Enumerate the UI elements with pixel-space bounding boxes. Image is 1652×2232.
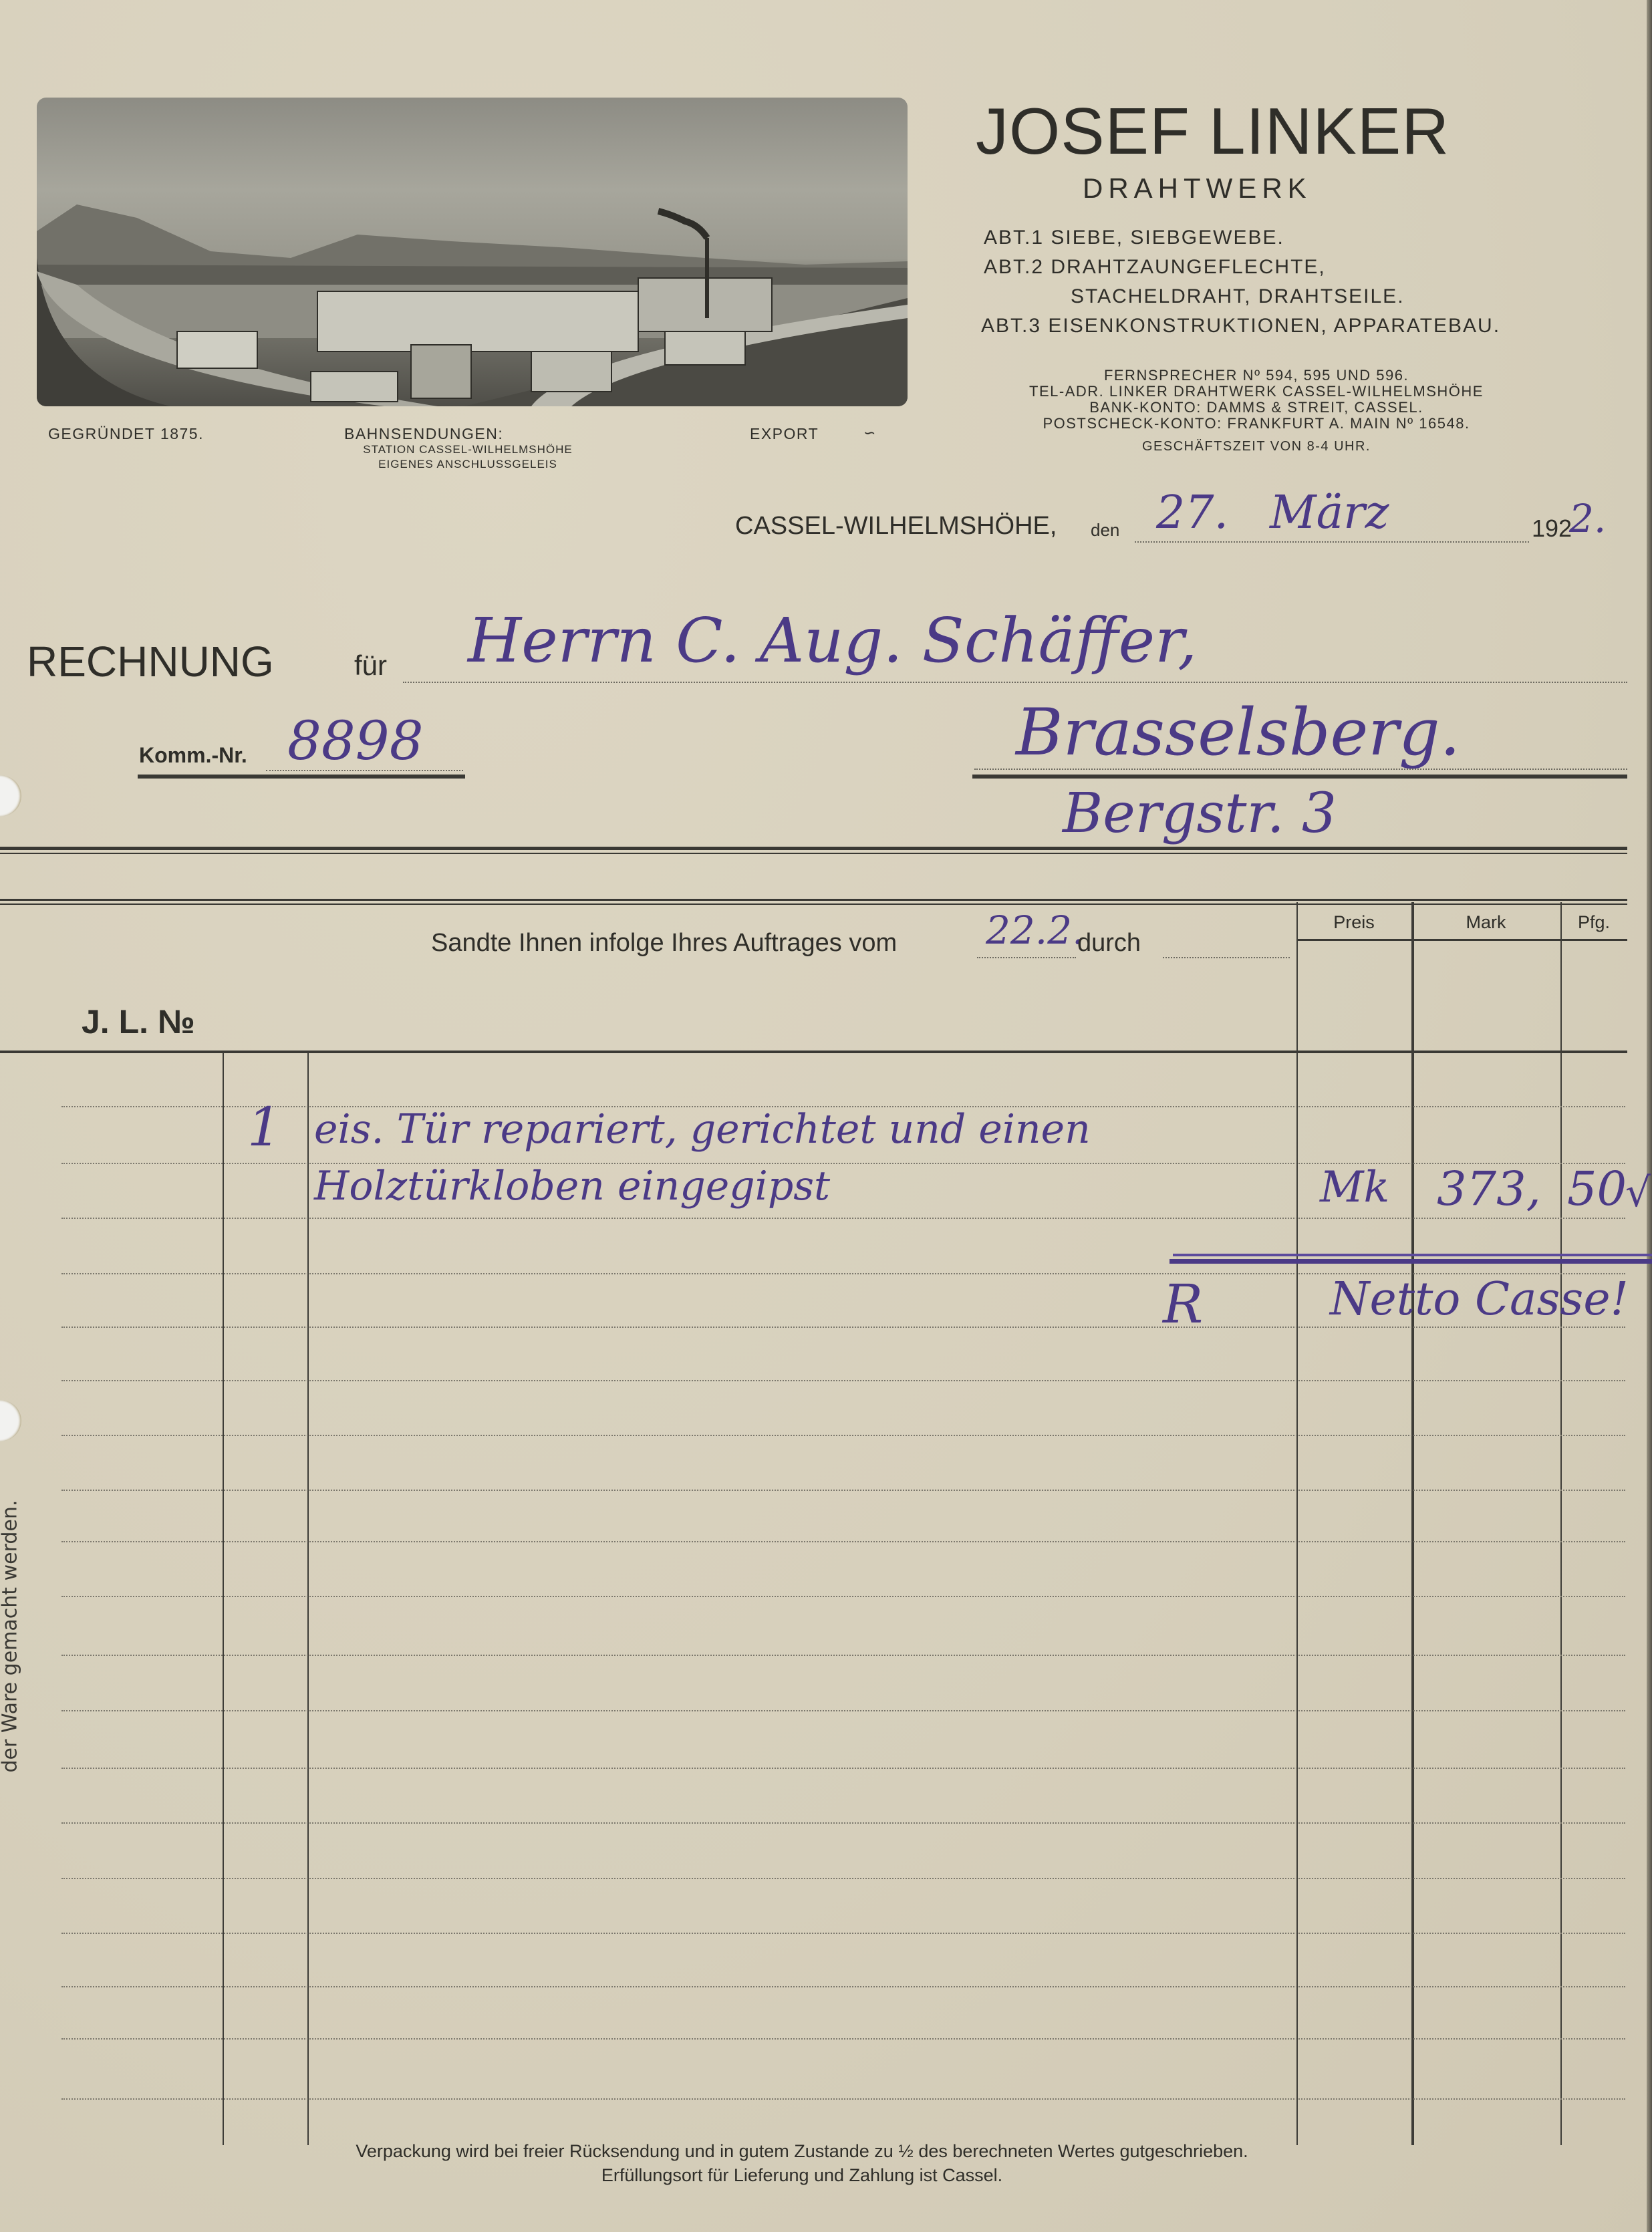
row-line xyxy=(61,1327,1625,1328)
recipient-street: Bergstr. 3 xyxy=(1063,782,1337,845)
item-pfg-amount: 50 xyxy=(1567,1161,1627,1216)
order-date-dotted-line xyxy=(977,957,1076,958)
invoice-for-label: für xyxy=(354,650,387,682)
punch-hole-bottom xyxy=(0,1400,21,1441)
row-line xyxy=(61,2038,1625,2040)
date-den-label: den xyxy=(1091,520,1119,541)
invoice-title: RECHNUNG xyxy=(27,637,274,686)
date-dotted-line xyxy=(1135,541,1529,543)
column-line-qty xyxy=(223,1052,224,2145)
shipping-method-dotted-line xyxy=(1163,957,1290,958)
price-header-underline xyxy=(1296,939,1627,941)
item-description-line-2: Holztürkloben eingegipst xyxy=(314,1163,830,1210)
column-line-description xyxy=(307,1052,309,2145)
order-date: 22.2. xyxy=(986,908,1085,953)
header-separator-thin xyxy=(0,853,1627,854)
row-line xyxy=(61,1878,1625,1879)
row-line xyxy=(61,1541,1625,1542)
date-day: 27. xyxy=(1156,486,1228,539)
comm-number-underline xyxy=(138,775,465,779)
column-line-mark xyxy=(1411,902,1414,2145)
row-line xyxy=(61,1218,1625,1219)
table-body-top-line xyxy=(0,1051,1627,1053)
row-line xyxy=(61,1380,1625,1381)
department-2: ABT.2 DRAHTZAUNGEFLECHTE, xyxy=(984,253,1326,282)
row-line xyxy=(61,1435,1625,1436)
row-line xyxy=(61,1986,1625,1987)
column-header-mark: Mark xyxy=(1411,912,1560,933)
table-top-line-2 xyxy=(0,903,1627,905)
row-line xyxy=(61,1768,1625,1769)
date-year-prefix: 192 xyxy=(1532,515,1572,543)
table-top-line-1 xyxy=(0,899,1627,901)
recipient-dotted-line-2 xyxy=(974,769,1627,770)
column-line-pfg xyxy=(1560,902,1562,2145)
item-mark-amount: 373, xyxy=(1437,1161,1541,1216)
row-line xyxy=(61,1490,1625,1491)
jl-number-label: J. L. № xyxy=(82,1002,195,1041)
item-currency: Mk xyxy=(1320,1163,1389,1212)
total-underline-thick xyxy=(1169,1259,1652,1264)
export-note: EXPORT xyxy=(750,425,819,443)
phone-numbers: FERNSPRECHER Nº 594, 595 UND 596. xyxy=(962,368,1550,384)
payment-terms: Netto Casse! xyxy=(1330,1273,1629,1326)
founded-note: GEGRÜNDET 1875. xyxy=(48,425,204,443)
sent-text-durch: durch xyxy=(1077,929,1141,958)
row-line xyxy=(61,1655,1625,1656)
date-year-suffix: 2. xyxy=(1569,496,1606,541)
recipient-name: Herrn C. Aug. Schäffer, xyxy=(468,605,1197,676)
paper-edge-shadow xyxy=(1647,0,1652,2232)
row-line xyxy=(61,1163,1625,1164)
column-line-preis xyxy=(1296,902,1298,2145)
sent-text: Sandte Ihnen infolge Ihres Auftrages vom xyxy=(431,929,897,958)
checkmark-icon: √ xyxy=(1625,1169,1651,1216)
factory-illustration xyxy=(37,98,908,406)
shipping-siding: EIGENES ANSCHLUSSGELEIS xyxy=(301,457,635,471)
business-hours: GESCHÄFTSZEIT VON 8-4 UHR. xyxy=(962,438,1550,454)
bank-account: BANK-KONTO: DAMMS & STREIT, CASSEL. xyxy=(962,400,1550,416)
header-separator-thick xyxy=(0,847,1627,850)
company-name: JOSEF LINKER xyxy=(976,94,1450,169)
company-type: DRAHTWERK xyxy=(1083,172,1312,204)
row-line xyxy=(61,2098,1625,2100)
recipient-city: Brasselsberg. xyxy=(1016,695,1460,770)
recipient-underline xyxy=(972,775,1627,779)
row-line xyxy=(61,1822,1625,1824)
side-note: der Ware gemacht werden. xyxy=(0,1479,22,1773)
footer-packaging-note: Verpackung wird bei freier Rücksendung u… xyxy=(0,2141,1604,2162)
item-quantity: 1 xyxy=(247,1096,281,1158)
department-1: ABT.1 SIEBE, SIEBGEWEBE. xyxy=(984,223,1284,253)
shipping-station: STATION CASSEL-WILHELMSHÖHE xyxy=(301,442,635,456)
postal-check-account: POSTSCHECK-KONTO: FRANKFURT A. MAIN Nº 1… xyxy=(962,416,1550,432)
shipping-title: BAHNSENDUNGEN: xyxy=(344,425,503,443)
place-name: CASSEL-WILHELMSHÖHE, xyxy=(735,512,1057,541)
comm-number-value: 8898 xyxy=(287,710,424,772)
footer-place-of-fulfilment: Erfüllungsort für Lieferung und Zahlung … xyxy=(0,2165,1604,2186)
row-line xyxy=(61,1710,1625,1711)
recipient-dotted-line-1 xyxy=(403,682,1627,683)
telegraph-address: TEL-ADR. LINKER DRAHTWERK CASSEL-WILHELM… xyxy=(962,384,1550,400)
punch-hole-top xyxy=(0,775,21,817)
column-header-preis: Preis xyxy=(1296,912,1411,933)
row-line xyxy=(61,1933,1625,1934)
export-swirl-icon: ∽ xyxy=(863,425,875,442)
department-2-cont: STACHELDRAHT, DRAHTSEILE. xyxy=(1071,282,1405,311)
row-line xyxy=(61,1596,1625,1597)
terms-mark: R xyxy=(1163,1273,1203,1335)
department-3: ABT.3 EISENKONSTRUKTIONEN, APPARATEBAU. xyxy=(981,311,1500,341)
comm-number-label: Komm.-Nr. xyxy=(139,743,247,768)
item-description-line-1: eis. Tür repariert, gerichtet und einen xyxy=(314,1106,1091,1153)
total-underline-thin xyxy=(1173,1254,1652,1256)
column-header-pfg: Pfg. xyxy=(1560,912,1627,933)
date-month: März xyxy=(1270,486,1389,539)
